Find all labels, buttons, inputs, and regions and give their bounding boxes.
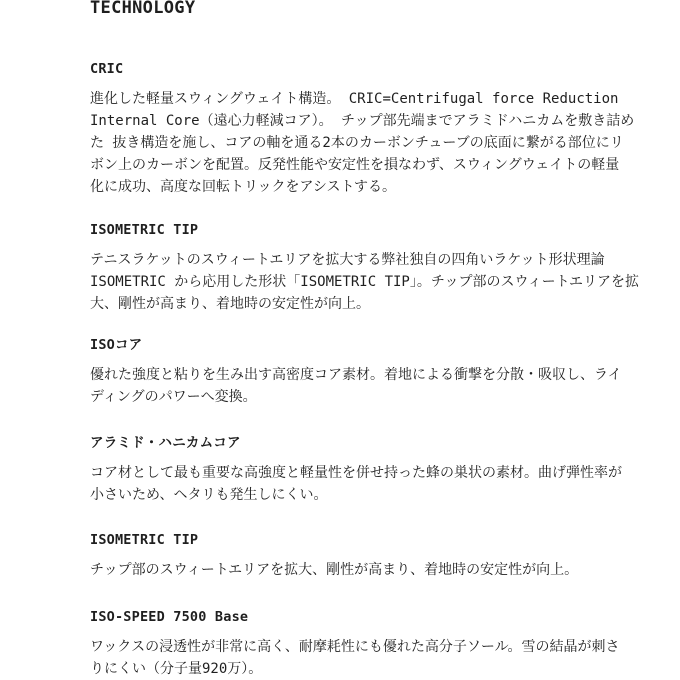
paragraph-line: 大、剛性が高まり、着地時の安定性が向上。	[90, 293, 680, 315]
section-isometric-tip-2: ISOMETRIC TIP チップ部のスウィートエリアを拡大、剛性が高まり、着地…	[90, 531, 680, 581]
section-paragraph: ワックスの浸透性が非常に高く、耐摩耗性にも優れた高分子ソール。雪の結晶が刺さ り…	[90, 636, 680, 680]
section-iso-speed-7500-base: ISO-SPEED 7500 Base ワックスの浸透性が非常に高く、耐摩耗性に…	[90, 608, 680, 680]
section-heading-isometric-tip-2: ISOMETRIC TIP	[90, 531, 680, 549]
technology-document: TECHNOLOGY CRIC 進化した軽量スウィングウェイト構造。 CRIC=…	[0, 0, 680, 680]
paragraph-line: 小さいため、ヘタリも発生しにくい。	[90, 484, 680, 506]
section-paragraph: 優れた強度と粘りを生み出す高密度コア素材。着地による衝撃を分散・吸収し、ライ デ…	[90, 364, 680, 408]
section-isometric-tip: ISOMETRIC TIP テニスラケットのスウィートエリアを拡大する弊社独自の…	[90, 221, 680, 315]
paragraph-line: た 抜き構造を施し、コアの軸を通る2本のカーボンチューブの底面に繋がる部位にリ	[90, 132, 680, 154]
section-paragraph: テニスラケットのスウィートエリアを拡大する弊社独自の四角いラケット形状理論 IS…	[90, 249, 680, 315]
paragraph-line: 優れた強度と粘りを生み出す高密度コア素材。着地による衝撃を分散・吸収し、ライ	[90, 364, 680, 386]
section-heading-iso-speed-7500-base: ISO-SPEED 7500 Base	[90, 608, 680, 626]
paragraph-line: チップ部のスウィートエリアを拡大、剛性が高まり、着地時の安定性が向上。	[90, 559, 680, 581]
paragraph-line: テニスラケットのスウィートエリアを拡大する弊社独自の四角いラケット形状理論	[90, 249, 680, 271]
section-paragraph: コア材として最も重要な高強度と軽量性を併せ持った蜂の巣状の素材。曲げ弾性率が 小…	[90, 462, 680, 506]
section-heading-cric: CRIC	[90, 60, 680, 78]
paragraph-line: りにくい（分子量920万）。	[90, 658, 680, 680]
paragraph-line: 化に成功、高度な回転トリックをアシストする。	[90, 176, 680, 198]
paragraph-line: ボン上のカーボンを配置。反発性能や安定性を損なわず、スウィングウェイトの軽量	[90, 154, 680, 176]
section-paragraph: 進化した軽量スウィングウェイト構造。 CRIC=Centrifugal forc…	[90, 88, 680, 198]
page-title: TECHNOLOGY	[90, 0, 680, 18]
section-heading-aramid-honeycomb-core: アラミド・ハニカムコア	[90, 434, 680, 452]
section-paragraph: チップ部のスウィートエリアを拡大、剛性が高まり、着地時の安定性が向上。	[90, 559, 680, 581]
paragraph-line: ワックスの浸透性が非常に高く、耐摩耗性にも優れた高分子ソール。雪の結晶が刺さ	[90, 636, 680, 658]
section-heading-isometric-tip: ISOMETRIC TIP	[90, 221, 680, 239]
section-heading-iso-core: ISOコア	[90, 336, 680, 354]
paragraph-line: 進化した軽量スウィングウェイト構造。 CRIC=Centrifugal forc…	[90, 88, 680, 110]
section-cric: CRIC 進化した軽量スウィングウェイト構造。 CRIC=Centrifugal…	[90, 60, 680, 198]
section-iso-core: ISOコア 優れた強度と粘りを生み出す高密度コア素材。着地による衝撃を分散・吸収…	[90, 336, 680, 408]
paragraph-line: コア材として最も重要な高強度と軽量性を併せ持った蜂の巣状の素材。曲げ弾性率が	[90, 462, 680, 484]
section-aramid-honeycomb-core: アラミド・ハニカムコア コア材として最も重要な高強度と軽量性を併せ持った蜂の巣状…	[90, 434, 680, 506]
paragraph-line: ディングのパワーへ変換。	[90, 386, 680, 408]
paragraph-line: Internal Core（遠心力軽減コア）。 チップ部先端までアラミドハニカム…	[90, 110, 680, 132]
paragraph-line: ISOMETRIC から応用した形状「ISOMETRIC TIP」。チップ部のス…	[90, 271, 680, 293]
